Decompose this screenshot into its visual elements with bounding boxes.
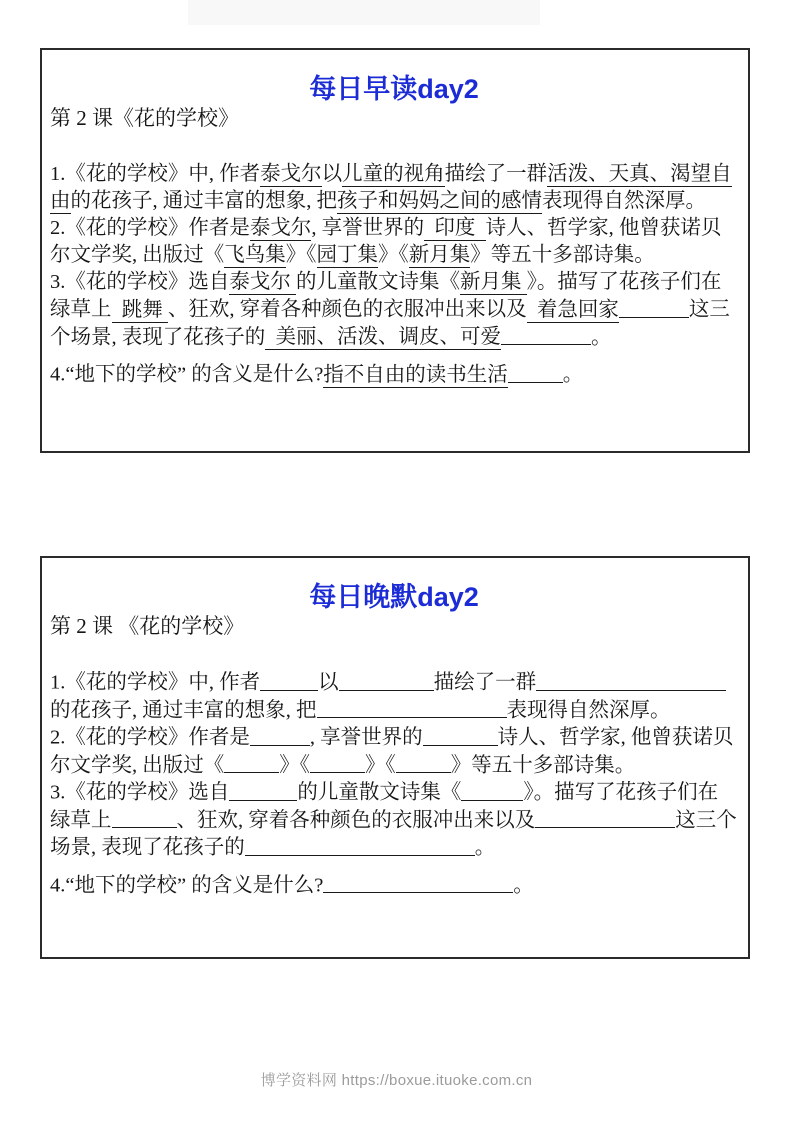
question-text: 》等五十多部诗集。 (470, 244, 655, 266)
question-text: 的儿童散文诗集《 (296, 271, 460, 293)
evening-dictation-card: 每日晚默day2 第 2 课 《花的学校》 1.《花的学校》中, 作者以描绘了一… (40, 556, 750, 959)
morning-questions: 1.《花的学校》中, 作者泰戈尔以儿童的视角描绘了一群活泼、天真、渴望自由的花孩… (50, 161, 738, 389)
answer-blank-line (536, 669, 644, 691)
evening-questions: 1.《花的学校》中, 作者以描绘了一群的花孩子, 通过丰富的想象, 把表现得自然… (50, 669, 738, 899)
filled-answer-text: 新月集 (460, 271, 527, 295)
answer-blank-line (423, 724, 498, 746)
filled-answer-text: 园丁集 (317, 244, 379, 268)
question-text: 1.《花的学校》中, 作者 (50, 672, 260, 694)
question-text: , 享誉世界的 (310, 727, 423, 749)
question-text: 以 (322, 163, 343, 185)
question: 1.《花的学校》中, 作者泰戈尔以儿童的视角描绘了一群活泼、天真、渴望自由的花孩… (50, 161, 738, 215)
question-text: , 享誉世界的 (311, 217, 424, 239)
cropped-top-band (188, 0, 540, 25)
question: 3.《花的学校》选自泰戈尔 的儿童散文诗集《新月集 》。描写了花孩子们在绿草上 … (50, 269, 738, 351)
evening-section-title: 每日晚默day2 (50, 582, 738, 612)
filled-answer-text: 美丽、活泼、调皮、可爱 (265, 326, 501, 350)
question-text: 3.《花的学校》选自 (50, 782, 229, 804)
filled-answer-text: 孩子和妈妈之间的感情 (337, 190, 542, 214)
answer-blank-line (644, 669, 726, 691)
question-text: 的花孩子, 通过丰富的想象, 把 (50, 699, 317, 721)
answer-blank-line (460, 834, 475, 856)
question-text: 1.《花的学校》中, 作者 (50, 163, 260, 185)
question-text: 描绘了一群 (445, 163, 548, 185)
question-text: 。 (475, 837, 496, 859)
answer-blank-line (396, 752, 451, 774)
filled-answer-text: 跳舞 (112, 299, 168, 323)
answer-blank-line (323, 872, 513, 894)
answer-blank-line (535, 807, 590, 829)
question: 4.“地下的学校” 的含义是什么?。 (50, 872, 738, 900)
question-text: 的儿童散文诗集《 (297, 782, 461, 804)
answer-blank-line (317, 697, 507, 719)
question-text: 4.“地下的学校” 的含义是什么? (50, 874, 323, 896)
question-text: 》《 (378, 244, 409, 266)
site-watermark-footer: 博学资料网 https://boxue.ituoke.com.cn (0, 1069, 793, 1090)
question-text: 。 (513, 874, 534, 896)
question-text: 2.《花的学校》作者是 (50, 217, 250, 239)
answer-blank-line (508, 361, 563, 383)
question-text: 描绘了一群 (434, 672, 537, 694)
question: 4.“地下的学校” 的含义是什么?指不自由的读书生活。 (50, 361, 738, 389)
filled-answer-text: 指不自由的读书生活 (323, 364, 508, 388)
filled-answer-text: 泰戈尔 (250, 217, 312, 241)
question-text: 3.《花的学校》选自 (50, 271, 229, 293)
answer-blank-line (112, 807, 177, 829)
question-text: 。 (563, 364, 584, 386)
morning-card-content: 每日早读day2 第 2 课《花的学校》 1.《花的学校》中, 作者泰戈尔以儿童… (42, 74, 748, 389)
answer-blank-line (619, 296, 689, 318)
filled-answer-text: 着急回家 (527, 299, 619, 323)
question-text: 》等五十多部诗集。 (451, 754, 636, 776)
question-text: 2.《花的学校》作者是 (50, 727, 250, 749)
answer-blank-line (260, 669, 318, 691)
question-text: 、狂欢, 穿着各种颜色的衣服冲出来以及 (168, 299, 527, 321)
question-text: 的花孩子, 通过丰富的想象, 把 (71, 190, 338, 212)
question-text: 》《 (365, 754, 396, 776)
question: 2.《花的学校》作者是泰戈尔, 享誉世界的 印度 诗人、哲学家, 他曾获诺贝尔文… (50, 215, 738, 269)
question-text: 》《 (279, 754, 310, 776)
answer-blank-line (501, 324, 591, 346)
question: 1.《花的学校》中, 作者以描绘了一群的花孩子, 通过丰富的想象, 把表现得自然… (50, 669, 738, 724)
answer-blank-line (229, 779, 297, 801)
evening-lesson-subtitle: 第 2 课 《花的学校》 (50, 613, 738, 640)
question-text: 、狂欢, 穿着各种颜色的衣服冲出来以及 (177, 809, 536, 831)
answer-blank-line (590, 807, 675, 829)
question-text: 4.“地下的学校” 的含义是什么? (50, 364, 323, 386)
answer-blank-line (245, 834, 460, 856)
morning-section-title: 每日早读day2 (50, 74, 738, 104)
answer-blank-line (339, 669, 434, 691)
question: 2.《花的学校》作者是, 享誉世界的诗人、哲学家, 他曾获诺贝尔文学奖, 出版过… (50, 724, 738, 779)
filled-answer-text: 飞鸟集 (224, 244, 286, 268)
question-text: 。 (591, 326, 612, 348)
filled-answer-text: 印度 (424, 217, 486, 241)
filled-answer-text: 儿童的视角 (342, 163, 445, 187)
answer-blank-line (461, 779, 523, 801)
question-text: 以 (318, 672, 339, 694)
question: 3.《花的学校》选自的儿童散文诗集《》。描写了花孩子们在绿草上、狂欢, 穿着各种… (50, 779, 738, 862)
question-text: 表现得自然深厚。 (507, 699, 671, 721)
question-text: 》《 (286, 244, 317, 266)
filled-answer-text: 泰戈尔 (229, 271, 296, 295)
filled-answer-text: 泰戈尔 (260, 163, 322, 187)
morning-lesson-subtitle: 第 2 课《花的学校》 (50, 105, 738, 132)
answer-blank-line (224, 752, 279, 774)
morning-reading-card: 每日早读day2 第 2 课《花的学校》 1.《花的学校》中, 作者泰戈尔以儿童… (40, 48, 750, 453)
answer-blank-line (310, 752, 365, 774)
question-text: 表现得自然深厚。 (542, 190, 706, 212)
evening-card-content: 每日晚默day2 第 2 课 《花的学校》 1.《花的学校》中, 作者以描绘了一… (42, 582, 748, 899)
filled-answer-text: 新月集 (409, 244, 471, 268)
answer-blank-line (250, 724, 310, 746)
